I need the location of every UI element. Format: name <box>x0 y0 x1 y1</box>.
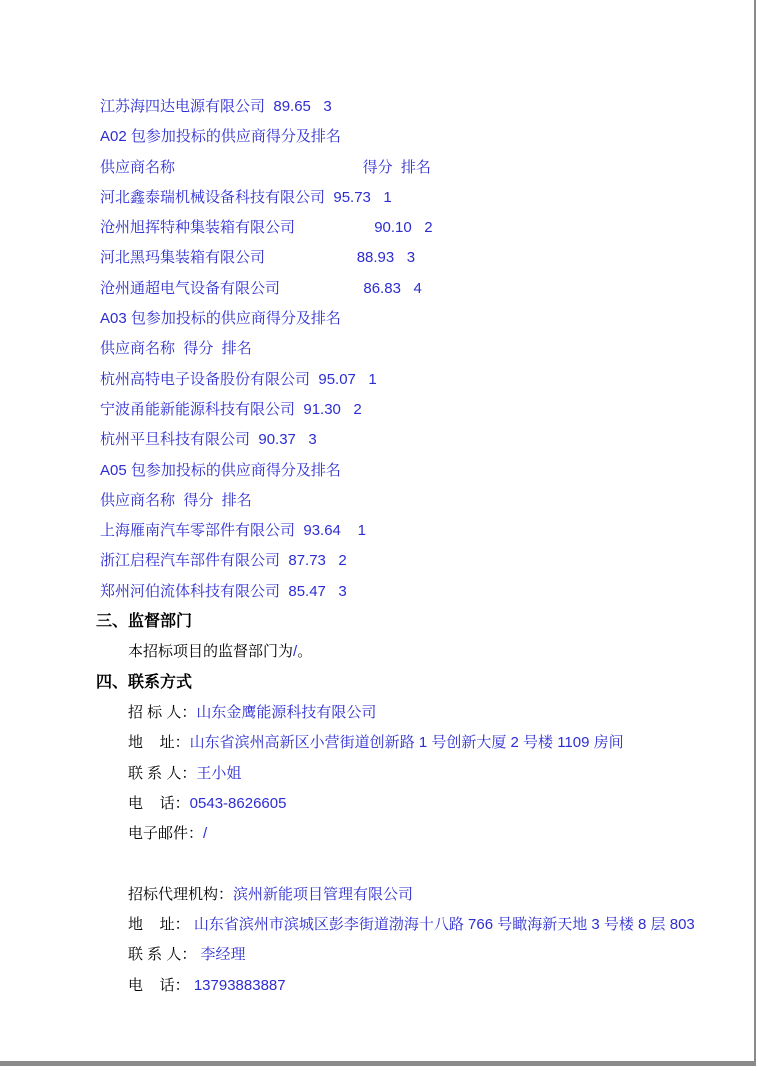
supplier-rank: 3 <box>407 249 415 266</box>
field-label: 招 标 人： <box>128 704 196 721</box>
spacer <box>371 189 384 206</box>
header-supplier-name: 供应商名称 <box>100 492 175 509</box>
document-page: 江苏海四达电源有限公司 89.65 3 A02 包参加投标的供应商得分及排名 供… <box>0 0 756 1066</box>
spacer <box>175 159 363 176</box>
field-value: 0543-8626605 <box>190 795 287 812</box>
supplier-table-header: 供应商名称 得分 排名 <box>100 486 734 516</box>
field-label: 联 系 人： <box>128 946 196 963</box>
supplier-score: 87.73 <box>288 552 326 569</box>
supplier-score-row: 杭州平旦科技有限公司 90.37 3 <box>100 425 734 455</box>
field-label: 地 址： <box>128 916 190 933</box>
supplier-score-row: 郑州河伯流体科技有限公司 85.47 3 <box>100 577 734 607</box>
supplier-name: 沧州旭挥特种集装箱有限公司 <box>100 219 295 236</box>
spacer <box>280 280 363 297</box>
field-value: 山东金鹰能源科技有限公司 <box>196 704 376 721</box>
supplier-score-row: 杭州高特电子设备股份有限公司 95.07 1 <box>100 365 734 395</box>
document-content: 江苏海四达电源有限公司 89.65 3 A02 包参加投标的供应商得分及排名 供… <box>100 92 734 1001</box>
tenderer-phone-line: 电 话：0543-8626605 <box>100 789 734 819</box>
supplier-name: 河北鑫泰瑞机械设备科技有限公司 <box>100 189 325 206</box>
tenderer-name-line: 招 标 人：山东金鹰能源科技有限公司 <box>100 698 734 728</box>
package-title-a03: A03 包参加投标的供应商得分及排名 <box>100 304 734 334</box>
field-value: 滨州新能项目管理有限公司 <box>233 886 413 903</box>
spacer <box>341 522 358 539</box>
supplier-score: 90.10 <box>374 219 412 236</box>
header-rank: 排名 <box>222 492 252 509</box>
spacer <box>393 159 401 176</box>
spacer <box>412 219 425 236</box>
header-supplier-name: 供应商名称 <box>100 159 175 176</box>
package-title-a02: A02 包参加投标的供应商得分及排名 <box>100 122 734 152</box>
agency-address-line: 地 址： 山东省滨州市滨城区彭李街道渤海十八路 766 号瞰海新天地 3 号楼 … <box>100 910 734 940</box>
header-score: 得分 <box>183 340 213 357</box>
spacer <box>265 249 357 266</box>
supplier-score: 93.64 <box>303 522 341 539</box>
supplier-rank: 2 <box>338 552 346 569</box>
supplier-score: 91.30 <box>303 401 341 418</box>
spacer <box>326 552 339 569</box>
field-value: 山东省滨州市滨城区彭李街道渤海十八路 766 号瞰海新天地 3 号楼 8 层 8… <box>190 916 695 933</box>
supplier-score-row: 江苏海四达电源有限公司 89.65 3 <box>100 92 734 122</box>
supervision-body-period: 。 <box>297 643 312 660</box>
tenderer-contact-person-line: 联 系 人：王小姐 <box>100 759 734 789</box>
supplier-name: 杭州高特电子设备股份有限公司 <box>100 371 310 388</box>
supplier-table-header: 供应商名称 得分 排名 <box>100 334 734 364</box>
supplier-score-row: 沧州旭挥特种集装箱有限公司 90.10 2 <box>100 213 734 243</box>
spacer <box>311 98 324 115</box>
supplier-score-row: 宁波甬能新能源科技有限公司 91.30 2 <box>100 395 734 425</box>
blank-line <box>100 849 734 879</box>
package-title-a05: A05 包参加投标的供应商得分及排名 <box>100 456 734 486</box>
supplier-rank: 4 <box>413 280 421 297</box>
supplier-name: 宁波甬能新能源科技有限公司 <box>100 401 295 418</box>
supplier-score: 95.73 <box>333 189 371 206</box>
tenderer-address-line: 地 址：山东省滨州高新区小营街道创新路 1 号创新大厦 2 号楼 1109 房间 <box>100 728 734 758</box>
field-value: 山东省滨州高新区小营街道创新路 1 号创新大厦 2 号楼 1109 房间 <box>190 734 624 751</box>
supplier-name: 浙江启程汽车部件有限公司 <box>100 552 280 569</box>
supplier-score-row: 河北黑玛集装箱有限公司 88.93 3 <box>100 243 734 273</box>
supplier-rank: 1 <box>383 189 391 206</box>
header-score: 得分 <box>183 492 213 509</box>
field-label: 联 系 人： <box>128 765 196 782</box>
field-label: 招标代理机构： <box>128 886 233 903</box>
supplier-score: 88.93 <box>357 249 395 266</box>
field-label: 电 话： <box>128 977 190 994</box>
agency-contact-person-line: 联 系 人： 李经理 <box>100 940 734 970</box>
supplier-rank: 3 <box>338 583 346 600</box>
supplier-rank: 2 <box>424 219 432 236</box>
field-label: 电子邮件： <box>128 825 203 842</box>
supplier-name: 沧州通超电气设备有限公司 <box>100 280 280 297</box>
supplier-rank: 1 <box>358 522 366 539</box>
supplier-rank: 2 <box>353 401 361 418</box>
field-value: 王小姐 <box>196 765 241 782</box>
supplier-name: 郑州河伯流体科技有限公司 <box>100 583 280 600</box>
supplier-rank: 3 <box>308 431 316 448</box>
supplier-score: 95.07 <box>318 371 356 388</box>
tenderer-email-line: 电子邮件：/ <box>100 819 734 849</box>
supplier-name: 上海雁南汽车零部件有限公司 <box>100 522 295 539</box>
supervision-body-text: 本招标项目的监督部门为 <box>128 643 293 660</box>
supplier-table-header: 供应商名称 得分 排名 <box>100 153 734 183</box>
field-label: 电 话： <box>128 795 190 812</box>
supplier-score-row: 沧州通超电气设备有限公司 86.83 4 <box>100 274 734 304</box>
supplier-name: 河北黑玛集装箱有限公司 <box>100 249 265 266</box>
field-label: 地 址： <box>128 734 190 751</box>
agency-name-line: 招标代理机构：滨州新能项目管理有限公司 <box>100 880 734 910</box>
supplier-rank: 3 <box>323 98 331 115</box>
supplier-score-row: 浙江启程汽车部件有限公司 87.73 2 <box>100 546 734 576</box>
agency-phone-line: 电 话： 13793883887 <box>100 971 734 1001</box>
spacer <box>401 280 414 297</box>
supplier-score: 89.65 <box>273 98 311 115</box>
spacer <box>326 583 339 600</box>
spacer <box>295 219 374 236</box>
header-rank: 排名 <box>401 159 431 176</box>
header-score: 得分 <box>363 159 393 176</box>
supervision-body: 本招标项目的监督部门为/。 <box>100 637 734 667</box>
section-heading-contact: 四、联系方式 <box>96 668 734 698</box>
spacer <box>394 249 407 266</box>
supplier-rank: 1 <box>368 371 376 388</box>
section-heading-supervision: 三、监督部门 <box>96 607 734 637</box>
supplier-score-row: 河北鑫泰瑞机械设备科技有限公司 95.73 1 <box>100 183 734 213</box>
header-supplier-name: 供应商名称 <box>100 340 175 357</box>
spacer <box>356 371 369 388</box>
field-value: 13793883887 <box>190 977 286 994</box>
header-rank: 排名 <box>222 340 252 357</box>
spacer <box>341 401 354 418</box>
supplier-name: 杭州平旦科技有限公司 <box>100 431 250 448</box>
supplier-score: 86.83 <box>363 280 401 297</box>
field-value: 李经理 <box>196 946 245 963</box>
supplier-score-row: 上海雁南汽车零部件有限公司 93.64 1 <box>100 516 734 546</box>
spacer <box>296 431 309 448</box>
supplier-score: 90.37 <box>258 431 296 448</box>
supplier-score: 85.47 <box>288 583 326 600</box>
spacer <box>213 340 221 357</box>
field-value: / <box>203 825 207 842</box>
supplier-name: 江苏海四达电源有限公司 <box>100 98 265 115</box>
spacer <box>213 492 221 509</box>
